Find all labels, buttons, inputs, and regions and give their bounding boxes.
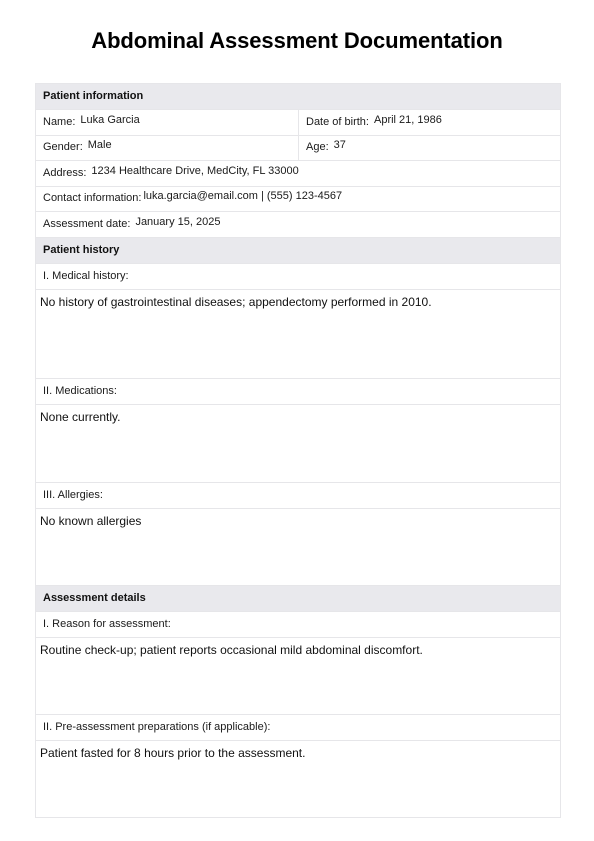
contact-row: Contact information: luka.garcia@email.c… — [36, 187, 560, 213]
address-field[interactable]: Address: 1234 Healthcare Drive, MedCity,… — [36, 161, 560, 186]
document-title: Abdominal Assessment Documentation — [0, 28, 594, 54]
contact-label: Contact information: — [43, 193, 141, 204]
address-row: Address: 1234 Healthcare Drive, MedCity,… — [36, 161, 560, 187]
contact-value: luka.garcia@email.com | (555) 123-4567 — [143, 191, 342, 202]
medications-field[interactable]: None currently. — [36, 405, 560, 483]
medical-history-field[interactable]: No history of gastrointestinal diseases;… — [36, 290, 560, 379]
assessment-date-row: Assessment date: January 15, 2025 — [36, 212, 560, 238]
age-value: 37 — [334, 140, 346, 151]
address-value: 1234 Healthcare Drive, MedCity, FL 33000 — [91, 166, 298, 177]
name-field[interactable]: Name: Luka Garcia — [36, 110, 299, 135]
medical-history-label: I. Medical history: — [36, 264, 560, 290]
reason-field[interactable]: Routine check-up; patient reports occasi… — [36, 638, 560, 715]
name-value: Luka Garcia — [80, 115, 139, 126]
age-field[interactable]: Age: 37 — [299, 136, 560, 161]
preparations-field[interactable]: Patient fasted for 8 hours prior to the … — [36, 741, 560, 818]
section-header-assessment-details: Assessment details — [36, 586, 560, 612]
name-dob-row: Name: Luka Garcia Date of birth: April 2… — [36, 110, 560, 136]
allergies-label: III. Allergies: — [36, 483, 560, 509]
gender-age-row: Gender: Male Age: 37 — [36, 136, 560, 162]
assessment-date-label: Assessment date: — [43, 219, 130, 230]
age-label: Age: — [306, 142, 329, 153]
allergies-field[interactable]: No known allergies — [36, 509, 560, 586]
gender-label: Gender: — [43, 142, 83, 153]
reason-label: I. Reason for assessment: — [36, 612, 560, 638]
date-of-birth-label: Date of birth: — [306, 117, 369, 128]
preparations-label: II. Pre-assessment preparations (if appl… — [36, 715, 560, 741]
assessment-date-field[interactable]: Assessment date: January 15, 2025 — [36, 212, 560, 237]
section-header-patient-information: Patient information — [36, 84, 560, 110]
gender-field[interactable]: Gender: Male — [36, 136, 299, 161]
assessment-date-value: January 15, 2025 — [135, 217, 220, 228]
address-label: Address: — [43, 168, 86, 179]
date-of-birth-value: April 21, 1986 — [374, 115, 442, 126]
section-header-patient-history: Patient history — [36, 238, 560, 264]
medications-label: II. Medications: — [36, 379, 560, 405]
assessment-form: Patient information Name: Luka Garcia Da… — [35, 83, 561, 818]
gender-value: Male — [88, 140, 112, 151]
date-of-birth-field[interactable]: Date of birth: April 21, 1986 — [299, 110, 560, 135]
name-label: Name: — [43, 117, 75, 128]
contact-field[interactable]: Contact information: luka.garcia@email.c… — [36, 187, 560, 212]
